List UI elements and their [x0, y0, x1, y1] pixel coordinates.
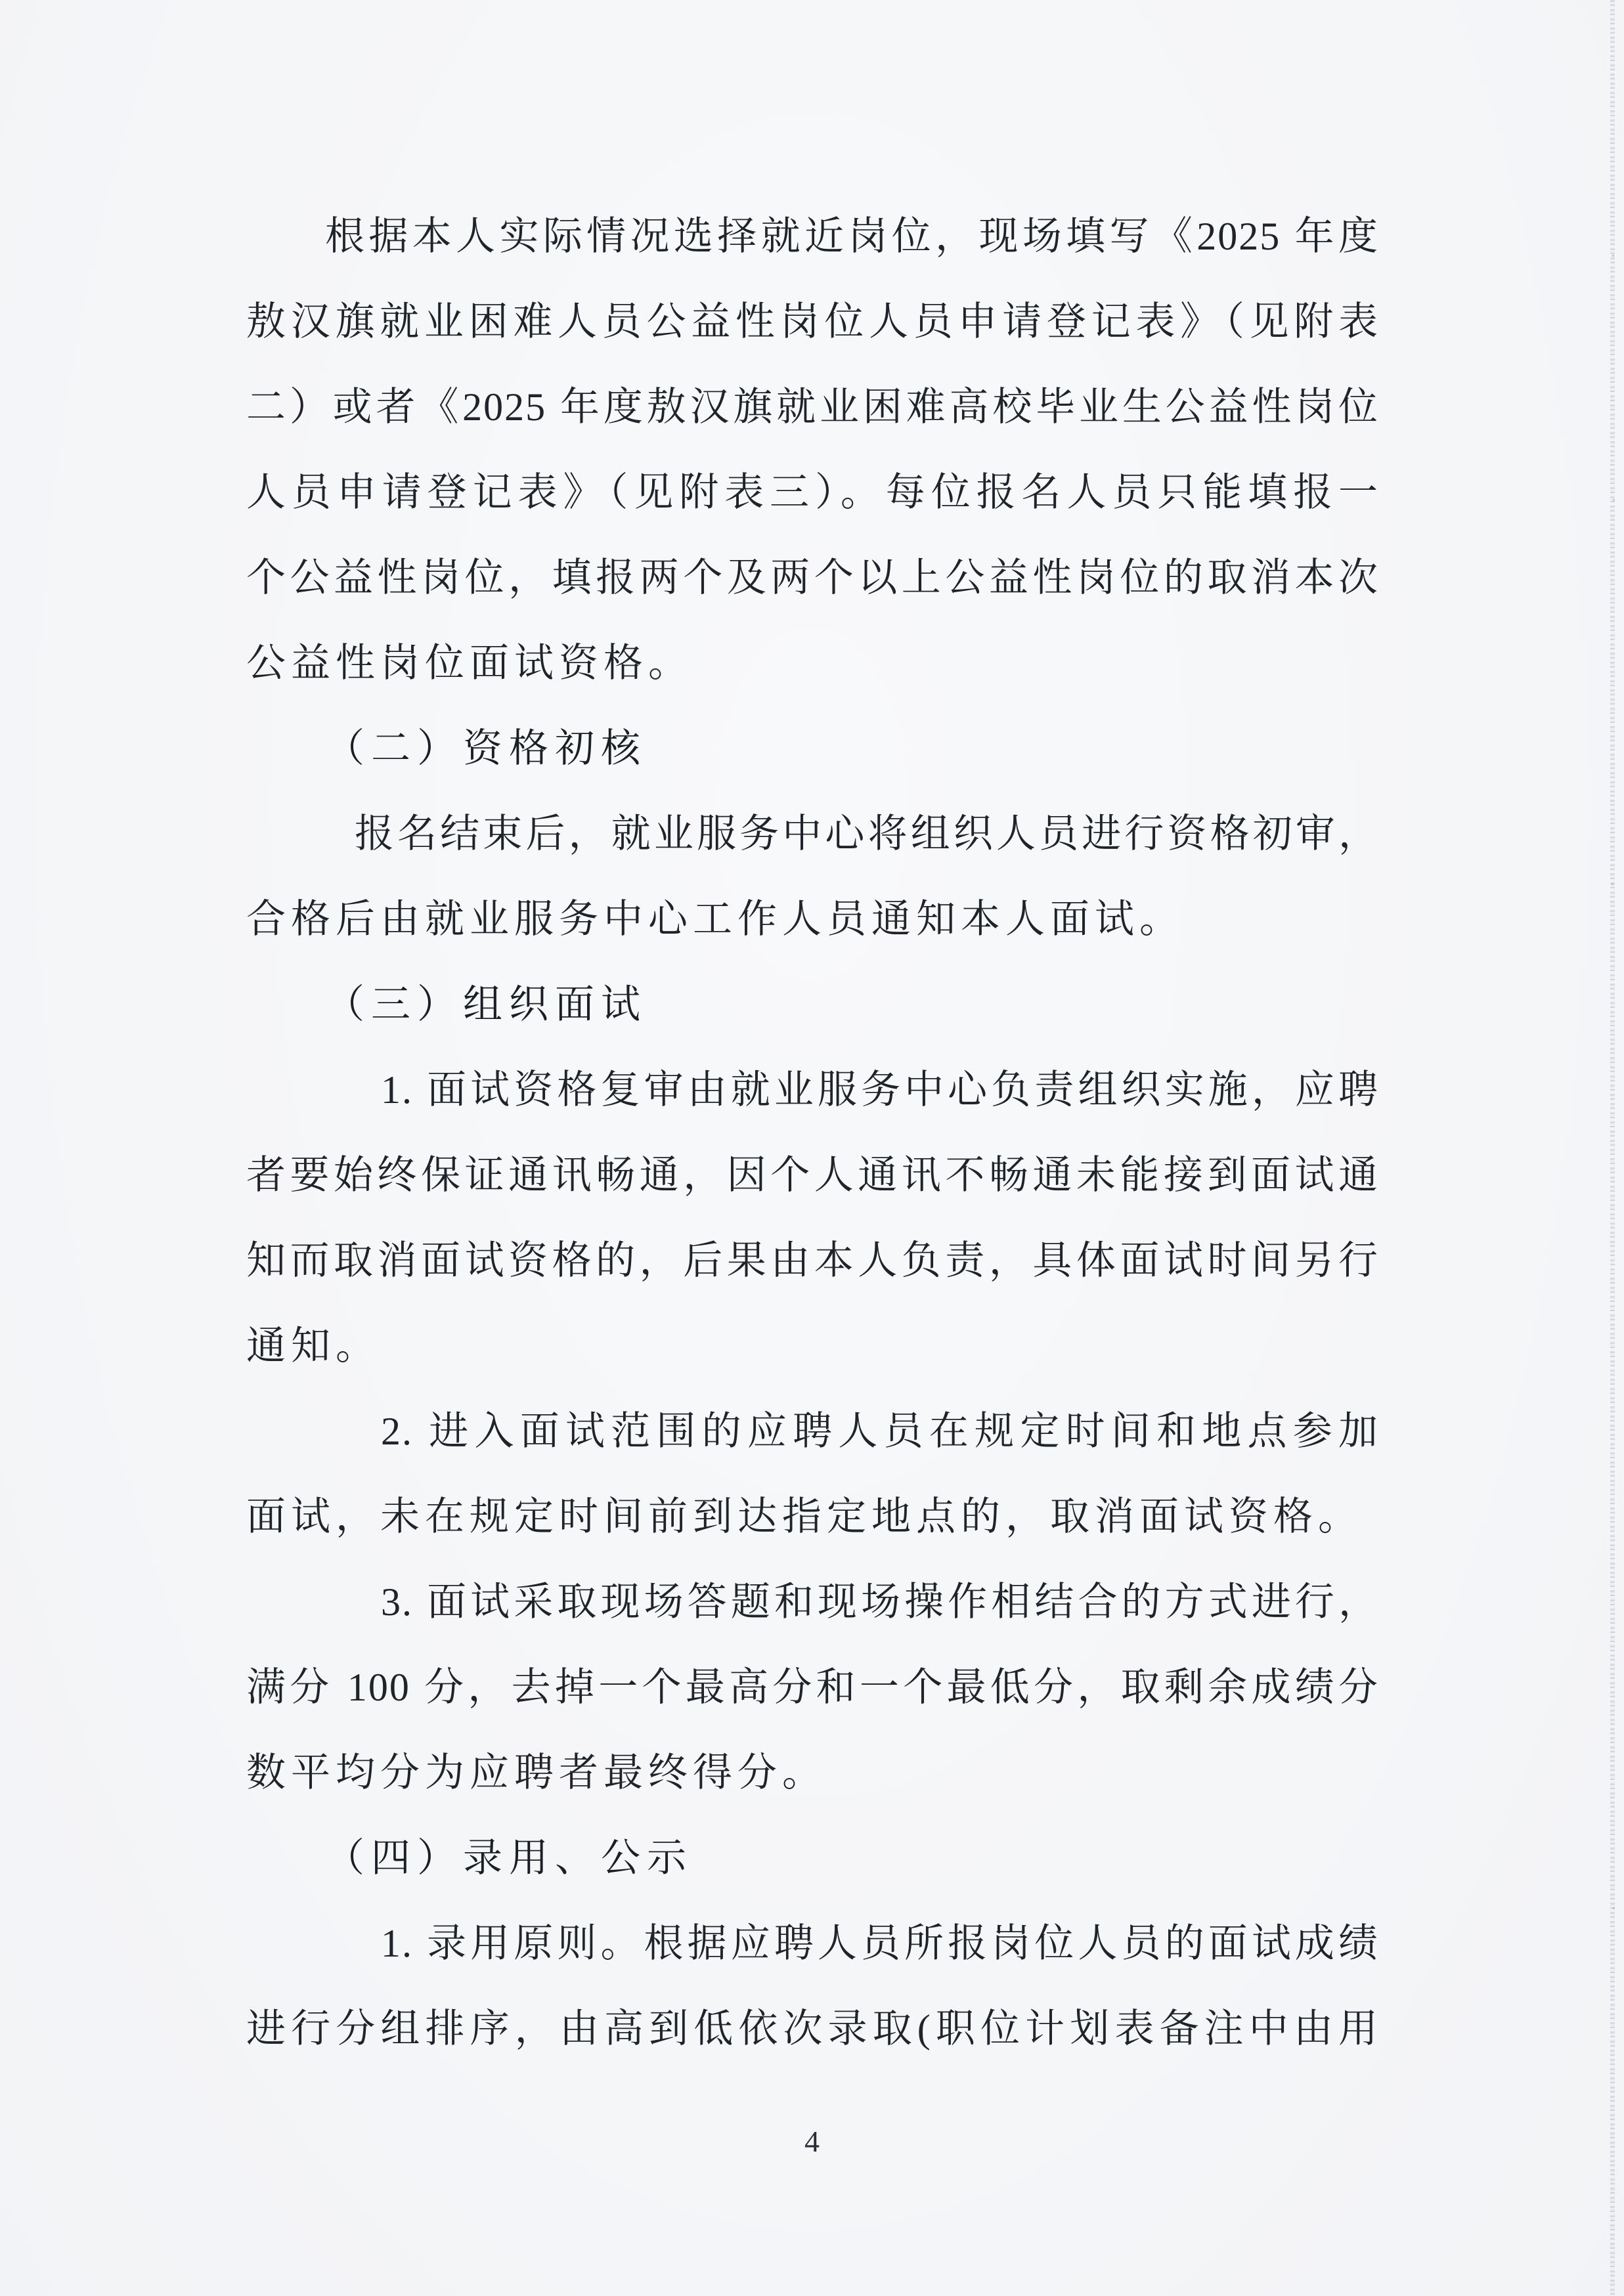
section-heading: （二）资格初核: [246, 706, 1379, 791]
text-line: 进行分组排序，由高到低依次录取(职位计划表备注中由用: [246, 1986, 1379, 2071]
section-heading: （三）组织面试: [246, 962, 1379, 1047]
scanned-document: { "colors": { "paper": "#f5f6f8", "ink":…: [0, 0, 1624, 2296]
page-number: 4: [0, 2122, 1624, 2161]
text-line: 数平均分为应聘者最终得分。: [246, 1730, 1379, 1815]
text-line: 1. 录用原则。根据应聘人员所报岗位人员的面试成绩: [246, 1901, 1379, 1986]
scan-noise-speck: [1613, 499, 1615, 501]
text-line: 面试，未在规定时间前到达指定地点的，取消面试资格。: [246, 1474, 1379, 1559]
document-page: 根据本人实际情况选择就近岗位，现场填写《2025 年度 敖汉旗就业困难人员公益性…: [0, 0, 1624, 2296]
text-line: 通知。: [246, 1303, 1379, 1389]
text-line: 满分 100 分，去掉一个最高分和一个最低分，取剩余成绩分: [246, 1645, 1379, 1730]
section-heading: （四）录用、公示: [246, 1815, 1379, 1901]
text-line: 个公益性岗位，填报两个及两个以上公益性岗位的取消本次: [246, 535, 1379, 620]
text-line: 报名结束后，就业服务中心将组织人员进行资格初审，: [246, 791, 1379, 877]
text-line: 人员申请登记表》（见附表三）。每位报名人员只能填报一: [246, 450, 1379, 535]
text-line: 二）或者《2025 年度敖汉旗就业困难高校毕业生公益性岗位: [246, 364, 1379, 450]
scanner-edge-artifact: [1610, 0, 1615, 2296]
text-line: 公益性岗位面试资格。: [246, 620, 1379, 706]
scan-noise-speck: [1612, 255, 1614, 257]
text-line: 知而取消面试资格的，后果由本人负责，具体面试时间另行: [246, 1218, 1379, 1303]
text-line: 2. 进入面试范围的应聘人员在规定时间和地点参加: [246, 1389, 1379, 1474]
text-line: 根据本人实际情况选择就近岗位，现场填写《2025 年度: [246, 194, 1379, 279]
text-line: 1. 面试资格复审由就业服务中心负责组织实施，应聘: [246, 1047, 1379, 1133]
scan-noise-speck: [1613, 1907, 1615, 1909]
text-line: 合格后由就业服务中心工作人员通知本人面试。: [246, 877, 1379, 962]
text-line: 者要始终保证通讯畅通，因个人通讯不畅通未能接到面试通: [246, 1133, 1379, 1218]
text-line: 敖汉旗就业困难人员公益性岗位人员申请登记表》（见附表: [246, 279, 1379, 364]
text-line: 3. 面试采取现场答题和现场操作相结合的方式进行，: [246, 1559, 1379, 1645]
scan-noise-speck: [1612, 883, 1613, 885]
text-content: 根据本人实际情况选择就近岗位，现场填写《2025 年度 敖汉旗就业困难人员公益性…: [246, 194, 1379, 2071]
